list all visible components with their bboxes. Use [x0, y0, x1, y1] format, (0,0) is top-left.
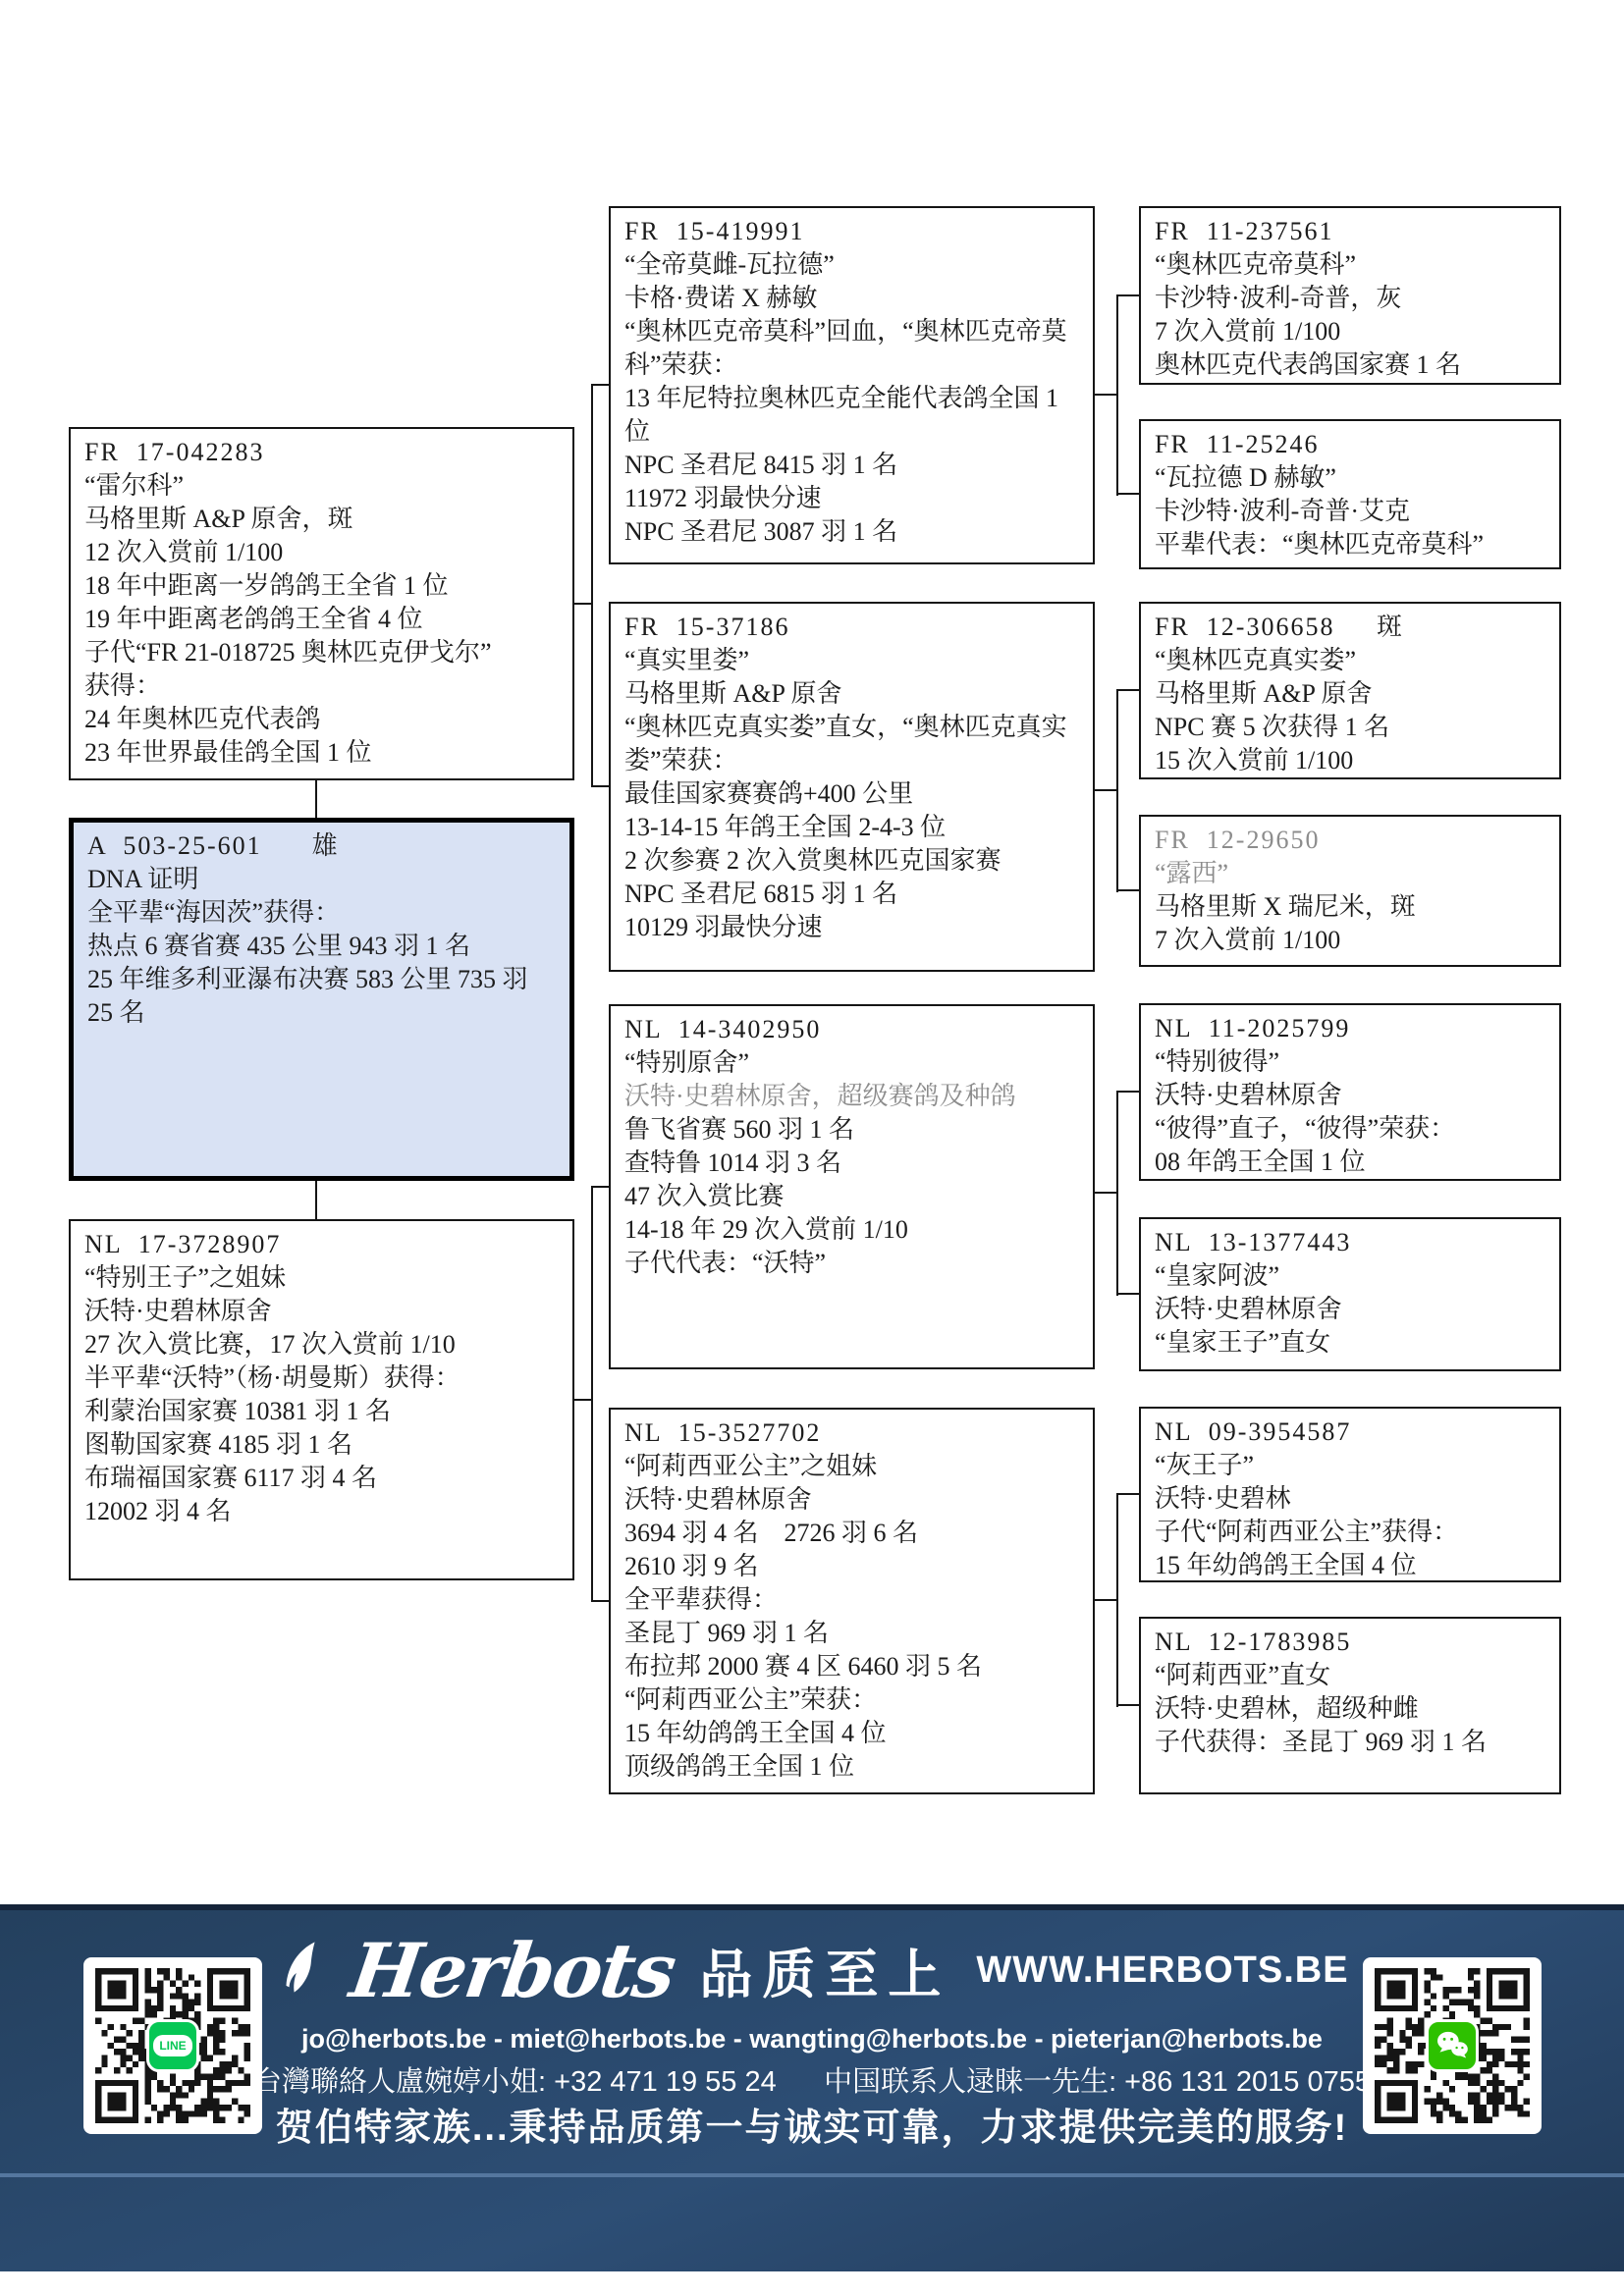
connector-line — [1116, 294, 1118, 496]
connector-line — [1116, 1493, 1118, 1707]
subject-box: A 503-25-601 雄 DNA 证明 全平辈“海因茨”获得： 热点 6 赛… — [69, 818, 574, 1181]
line-app-icon: LINE — [146, 2019, 199, 2072]
connector-line — [591, 785, 609, 787]
connector-line — [1116, 1493, 1139, 1495]
connector-line — [1116, 889, 1139, 891]
connector-line — [1095, 394, 1118, 396]
connector-line — [1095, 789, 1118, 791]
mgd-sire-box: NL 09-3954587 “灰王子” 沃特·史碧林 子代“阿莉西亚公主”获得：… — [1139, 1407, 1561, 1582]
ring-number: FR 11-237561 — [1155, 215, 1545, 248]
connector-line — [1116, 1091, 1139, 1093]
brand-logo: Herbots — [346, 1927, 679, 2014]
connector-line — [1116, 493, 1139, 495]
pgs-dam-box: FR 11-25246 “瓦拉德 D 赫敏” 卡沙特·波利-奇普·艾克 平辈代表… — [1139, 419, 1561, 569]
connector-line — [315, 780, 317, 818]
footer-banner: LINE — [0, 1904, 1624, 2271]
ring-number: NL 13-1377443 — [1155, 1226, 1545, 1259]
ring-number: FR 11-25246 — [1155, 428, 1545, 461]
ring-number: NL 11-2025799 — [1155, 1012, 1545, 1045]
ring-number: NL 15-3527702 — [624, 1416, 1079, 1450]
connector-line — [1095, 1192, 1118, 1194]
connector-line — [1116, 294, 1139, 296]
footer-emails[interactable]: jo@herbots.be - miet@herbots.be - wangti… — [245, 2024, 1379, 2055]
pedigree-chart: FR 17-042283 “雷尔科” 马格里斯 A&P 原舍，斑 12 次入赏前… — [0, 0, 1624, 2296]
connector-line — [591, 1600, 609, 1602]
ring-number: A 503-25-601 雄 — [87, 829, 556, 863]
feather-icon — [269, 1938, 334, 2002]
ring-number: FR 15-419991 — [624, 215, 1079, 248]
ring-number: NL 14-3402950 — [624, 1013, 1079, 1046]
ring-number: NL 17-3728907 — [84, 1228, 559, 1261]
paternal-granddam-box: FR 15-37186 “真实里娄” 马格里斯 A&P 原舍 “奥林匹克真实娄”… — [609, 602, 1095, 972]
wechat-qr-code — [1363, 1957, 1542, 2134]
mgd-dam-box: NL 12-1783985 “阿莉西亚”直女 沃特·史碧林，超级种雌 子代获得：… — [1139, 1617, 1561, 1794]
pgd-sire-box: FR 12-306658 斑 “奥林匹克真实娄” 马格里斯 A&P 原舍 NPC… — [1139, 602, 1561, 779]
pgs-sire-box: FR 11-237561 “奥林匹克帝莫科” 卡沙特·波利-奇普，灰 7 次入赏… — [1139, 206, 1561, 385]
footer-brand-row: Herbots 品质至上 WWW.HERBOTS.BE — [236, 1920, 1388, 2020]
connector-line — [1116, 1293, 1139, 1295]
connector-line — [591, 1186, 609, 1188]
dam-box: NL 17-3728907 “特别王子”之姐妹 沃特·史碧林原舍 27 次入赏比… — [69, 1219, 574, 1580]
connector-line — [591, 1186, 593, 1602]
maternal-grandsire-box: NL 14-3402950 “特别原舍” 沃特·史碧林原舍，超级赛鸽及种鸽 鲁飞… — [609, 1004, 1095, 1369]
footer-slogan: 贺伯特家族...秉持品质第一与诚实可靠，力求提供完美的服务! — [245, 2097, 1379, 2151]
maternal-granddam-box: NL 15-3527702 “阿莉西亚公主”之姐妹 沃特·史碧林原舍 3694 … — [609, 1408, 1095, 1794]
connector-line — [1116, 689, 1139, 691]
connector-line — [1116, 689, 1118, 892]
ring-number: FR 17-042283 — [84, 436, 559, 469]
ring-number: FR 12-306658 斑 — [1155, 611, 1545, 644]
paternal-grandsire-box: FR 15-419991 “全帝莫雌-瓦拉德” 卡格·费诺 X 赫敏 “奥林匹克… — [609, 206, 1095, 564]
ring-number: FR 12-29650 — [1155, 824, 1545, 857]
mgs-dam-box: NL 13-1377443 “皇家阿波” 沃特·史碧林原舍 “皇家王子”直女 — [1139, 1217, 1561, 1371]
ring-number: FR 15-37186 — [624, 611, 1079, 644]
website-url[interactable]: WWW.HERBOTS.BE — [976, 1949, 1348, 1992]
connector-line — [591, 384, 609, 386]
pgd-dam-box: FR 12-29650 “露西” 马格里斯 X 瑞尼米，斑 7 次入赏前 1/1… — [1139, 815, 1561, 967]
brand-tagline: 品质至上 — [699, 1933, 950, 2008]
footer-contacts: 台灣聯絡人盧婉婷小姐: +32 471 19 55 24 中国联系人逯睐一先生:… — [245, 2059, 1379, 2100]
mgs-sire-box: NL 11-2025799 “特别彼得” 沃特·史碧林原舍 “彼得”直子，“彼得… — [1139, 1003, 1561, 1181]
connector-line — [1116, 1704, 1139, 1706]
connector-line — [1095, 1599, 1118, 1601]
connector-line — [315, 1181, 317, 1219]
footer-accent-line — [0, 2173, 1624, 2177]
connector-line — [1116, 1091, 1118, 1296]
ring-number: NL 09-3954587 — [1155, 1415, 1545, 1449]
wechat-app-icon — [1426, 2019, 1479, 2072]
ring-number: NL 12-1783985 — [1155, 1626, 1545, 1659]
sire-box: FR 17-042283 “雷尔科” 马格里斯 A&P 原舍，斑 12 次入赏前… — [69, 427, 574, 780]
connector-line — [591, 384, 593, 787]
